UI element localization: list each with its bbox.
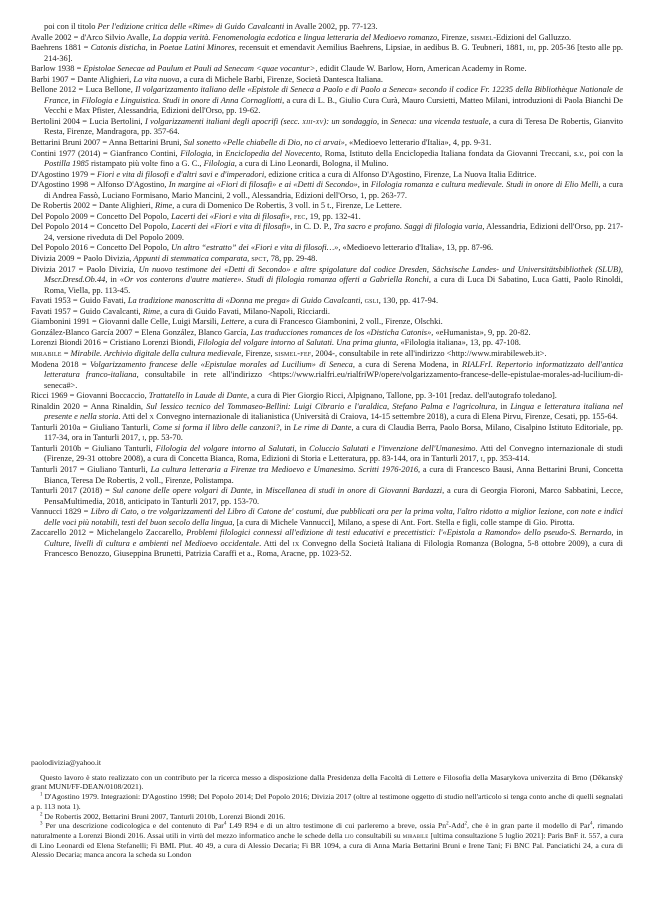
bib-entry: De Robertis 2002 = Dante Alighieri, Rime… [31, 201, 623, 212]
bib-entry: Divizia 2017 = Paolo Divizia, Un nuovo t… [31, 265, 623, 297]
bib-entry: Ricci 1969 = Giovanni Boccaccio, Trattat… [31, 391, 623, 402]
bib-entry: Del Popolo 2014 = Concetto Del Popolo, L… [31, 222, 623, 243]
paper-page: poi con il titolo Per l'edizione critica… [0, 0, 650, 920]
bib-entry: Favati 1953 = Guido Favati, La tradizion… [31, 296, 623, 307]
bib-entry: Divizia 2009 = Paolo Divizia, Appunti di… [31, 254, 623, 265]
bib-entry: Vannucci 1829 = Libro di Cato, o tre vol… [31, 507, 623, 528]
footnote-number: 2 [40, 812, 43, 817]
footnote: 2 De Robertis 2002, Bettarini Bruni 2007… [31, 812, 623, 822]
bib-entry: Modena 2018 = Volgarizzamento francese d… [31, 360, 623, 392]
footnote-area: paolodivizia@yahoo.it Questo lavoro è st… [31, 758, 623, 860]
bib-entry: Bertolini 2004 = Lucia Bertolini, I volg… [31, 117, 623, 138]
bib-entry: Baehrens 1881 = Catonis disticha, in Poe… [31, 43, 623, 64]
bib-entry: Tanturli 2010a = Giuliano Tanturli, Come… [31, 423, 623, 444]
bib-entry: Avalle 2002 = d'Arco Silvio Avalle, La d… [31, 33, 623, 44]
footnote: 1 D'Agostino 1979. Integrazioni: D'Agost… [31, 792, 623, 811]
acknowledgement: Questo lavoro è stato realizzato con un … [31, 773, 623, 792]
bib-entry: Contini 1977 (2014) = Gianfranco Contini… [31, 149, 623, 170]
bib-entry: D'Agostino 1979 = Fiori e vita di filoso… [31, 170, 623, 181]
bib-entry: Bellone 2012 = Luca Bellone, Il volgariz… [31, 85, 623, 117]
bibliography: poi con il titolo Per l'edizione critica… [31, 22, 623, 560]
bib-entry: Tanturli 2017 (2018) = Sul canone delle … [31, 486, 623, 507]
bib-entry: mirabile = Mirabile. Archivio digitale d… [31, 349, 623, 360]
bib-entry: poi con il titolo Per l'edizione critica… [31, 22, 623, 33]
footnote-number: 3 [40, 822, 43, 827]
bib-entry: Zaccarello 2012 = Michelangelo Zaccarell… [31, 528, 623, 560]
bib-entry: Barlow 1938 = Epistolae Senecae ad Paulu… [31, 64, 623, 75]
bib-entry: Bettarini Bruni 2007 = Anna Bettarini Br… [31, 138, 623, 149]
bib-entry: Favati 1957 = Guido Cavalcanti, Rime, a … [31, 307, 623, 318]
bib-entry: D'Agostino 1998 = Alfonso D'Agostino, In… [31, 180, 623, 201]
bib-entry: Rinaldin 2020 = Anna Rinaldin, Sul lessi… [31, 402, 623, 423]
bib-entry: Barbi 1907 = Dante Alighieri, La vita nu… [31, 75, 623, 86]
footnote-number: 1 [40, 793, 43, 798]
bib-entry: Giambonini 1991 = Giovanni dalle Celle, … [31, 317, 623, 328]
author-email: paolodivizia@yahoo.it [31, 758, 623, 768]
footnotes-list: 1 D'Agostino 1979. Integrazioni: D'Agost… [31, 792, 623, 860]
bib-entry: Del Popolo 2009 = Concetto Del Popolo, L… [31, 212, 623, 223]
bib-entry: Tanturli 2010b = Giuliano Tanturli, Filo… [31, 444, 623, 465]
bib-entry: Lorenzi Biondi 2016 = Cristiano Lorenzi … [31, 338, 623, 349]
bib-entry: Tanturli 2017 = Giuliano Tanturli, La cu… [31, 465, 623, 486]
bib-entry: Del Popolo 2016 = Concetto Del Popolo, U… [31, 243, 623, 254]
footnote: 3 Per una descrizione codicologica e del… [31, 821, 623, 860]
bib-entry: González-Blanco García 2007 = Elena Gonz… [31, 328, 623, 339]
